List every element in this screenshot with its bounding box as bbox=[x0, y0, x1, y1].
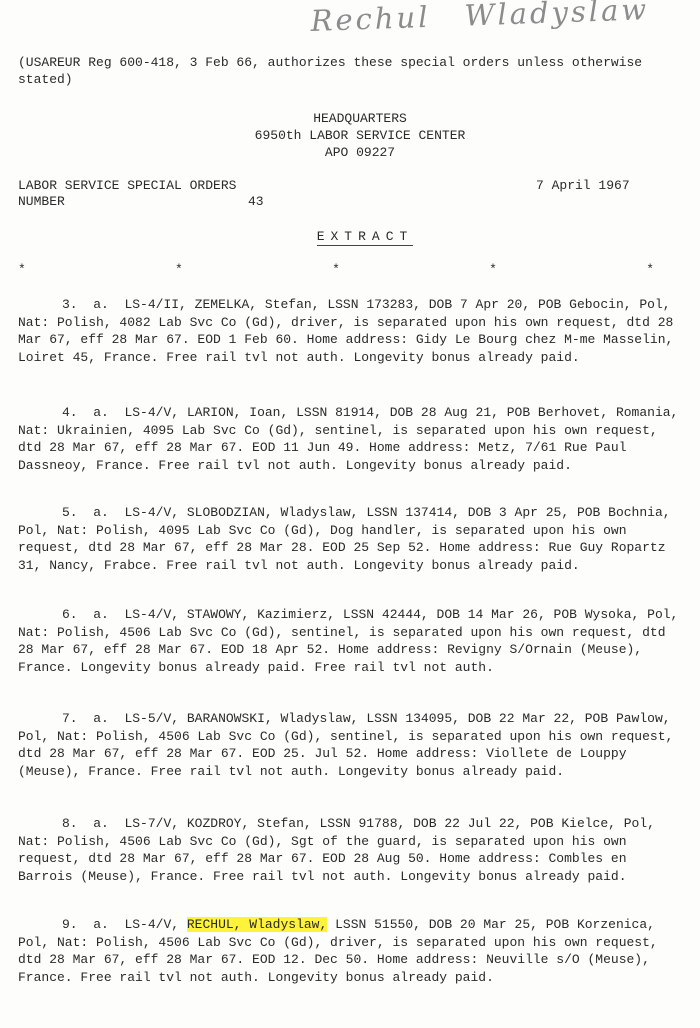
grade: LS-4/V, bbox=[124, 917, 179, 932]
separator-star: * bbox=[18, 262, 26, 277]
paragraph-number: 5. bbox=[62, 505, 78, 520]
separator-star: * bbox=[489, 262, 497, 277]
paragraph-subletter: a. bbox=[93, 405, 109, 420]
person-name: SLOBODZIAN, Wladyslaw, bbox=[187, 505, 359, 520]
paragraph-text: LSSN 81914, DOB 28 Aug 21, POB Berhovet,… bbox=[18, 405, 678, 473]
paragraph-number: 6. bbox=[62, 607, 78, 622]
grade: LS-7/V, bbox=[124, 816, 179, 831]
person-name: LARION, Ioan, bbox=[187, 405, 288, 420]
hq-apo: APO 09227 bbox=[0, 144, 700, 161]
paragraph-subletter: a. bbox=[93, 711, 109, 726]
paragraph-number: 8. bbox=[62, 816, 78, 831]
grade: LS-4/V, bbox=[124, 505, 179, 520]
paragraph-text: LSSN 91788, DOB 22 Jul 22, POB Kielce, P… bbox=[18, 816, 655, 884]
separator-star: * bbox=[646, 262, 654, 277]
hq-unit: 6950th LABOR SERVICE CENTER bbox=[0, 127, 700, 144]
extract-heading-text: EXTRACT bbox=[317, 229, 414, 246]
orders-number: 43 bbox=[248, 194, 264, 210]
paragraph-text: LSSN 42444, DOB 14 Mar 26, POB Wysoka, P… bbox=[18, 607, 678, 675]
hq-title: HEADQUARTERS bbox=[0, 110, 700, 127]
headquarters-block: HEADQUARTERS 6950th LABOR SERVICE CENTER… bbox=[0, 110, 700, 161]
paragraph-number: 7. bbox=[62, 711, 78, 726]
paragraph-text: LSSN 51550, DOB 20 Mar 25, POB Korzenica… bbox=[18, 917, 658, 985]
separator-star: * bbox=[332, 262, 340, 277]
paragraph-text: LSSN 173283, DOB 7 Apr 20, POB Gebocin, … bbox=[18, 297, 673, 365]
paragraph-number: 4. bbox=[62, 405, 78, 420]
handwritten-name-note: Rechul Wladyslaw bbox=[310, 0, 650, 38]
order-paragraph: 6. a. LS-4/V, STAWOWY, Kazimierz, LSSN 4… bbox=[18, 606, 683, 676]
section-separator: * * * * * bbox=[18, 262, 654, 277]
grade: LS-4/II, bbox=[124, 297, 186, 312]
order-paragraph: 3. a. LS-4/II, ZEMELKA, Stefan, LSSN 173… bbox=[18, 296, 683, 366]
order-paragraph: 8. a. LS-7/V, KOZDROY, Stefan, LSSN 9178… bbox=[18, 815, 683, 885]
highlighted-name: RECHUL, Wladyslaw, bbox=[187, 917, 327, 932]
grade: LS-4/V, bbox=[124, 405, 179, 420]
grade: LS-4/V, bbox=[124, 607, 179, 622]
paragraph-number: 9. bbox=[62, 917, 78, 932]
paragraph-subletter: a. bbox=[93, 816, 109, 831]
person-name: KOZDROY, Stefan, bbox=[187, 816, 312, 831]
orders-title: LABOR SERVICE SPECIAL ORDERS bbox=[18, 178, 264, 194]
grade: LS-5/V, bbox=[124, 711, 179, 726]
extract-heading: EXTRACT bbox=[0, 229, 700, 244]
orders-date: 7 April 1967 bbox=[536, 178, 630, 193]
paragraph-subletter: a. bbox=[93, 607, 109, 622]
person-name: STAWOWY, Kazimierz, bbox=[187, 607, 335, 622]
person-name: ZEMELKA, Stefan, bbox=[195, 297, 320, 312]
authority-statement: (USAREUR Reg 600-418, 3 Feb 66, authoriz… bbox=[18, 54, 678, 88]
order-paragraph: 5. a. LS-4/V, SLOBODZIAN, Wladyslaw, LSS… bbox=[18, 504, 683, 574]
orders-number-label: NUMBER bbox=[18, 194, 248, 210]
document-page: Rechul Wladyslaw (USAREUR Reg 600-418, 3… bbox=[0, 0, 700, 1028]
orders-block: LABOR SERVICE SPECIAL ORDERS NUMBER 43 bbox=[18, 178, 264, 210]
order-paragraph: 9. a. LS-4/V, RECHUL, Wladyslaw, LSSN 51… bbox=[18, 916, 683, 986]
order-paragraph: 7. a. LS-5/V, BARANOWSKI, Wladyslaw, LSS… bbox=[18, 710, 683, 780]
paragraph-subletter: a. bbox=[93, 505, 109, 520]
order-paragraph: 4. a. LS-4/V, LARION, Ioan, LSSN 81914, … bbox=[18, 404, 683, 474]
paragraph-subletter: a. bbox=[93, 297, 109, 312]
separator-star: * bbox=[175, 262, 183, 277]
paragraph-subletter: a. bbox=[93, 917, 109, 932]
paragraph-number: 3. bbox=[62, 297, 78, 312]
person-name: BARANOWSKI, Wladyslaw, bbox=[187, 711, 359, 726]
